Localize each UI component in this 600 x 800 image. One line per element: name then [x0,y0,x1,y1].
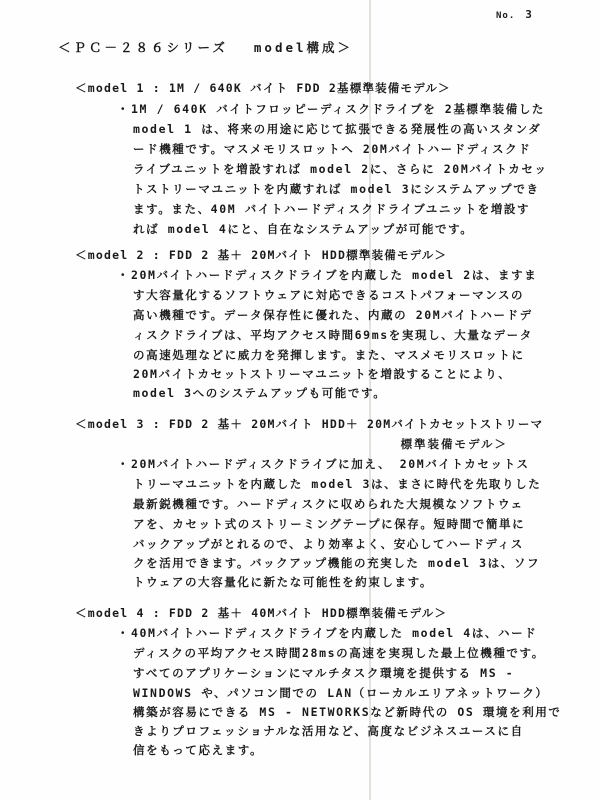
page-number: No.3 [496,8,533,21]
body-line: 信をもって応えます。 [133,742,263,758]
body-line: model 3へのシステムアップも可能です。 [133,385,386,401]
section-heading: ＜model 1 : 1M / 640K バイト FDD 2基標準装備モデル＞ [75,80,451,96]
page-number-label: No. [496,11,515,21]
section-heading: ＜model 2 : FDD 2 基＋ 20Mバイト HDD標準装備モデル＞ [75,247,447,263]
bullet-icon: ・ [117,101,131,117]
body-line: す大容量化するソフトウェアに対応できるコストパフォーマンスの [133,287,524,303]
body-line: トウェアの大容量化に新たな可能性を約束します。 [133,574,433,590]
body-line: ード機種です。マスメモリスロットへ 20Mバイトハードディスクド [133,141,531,157]
body-line: トストリーマユニットを内蔵すれば model 3にシステムアップでき [133,181,540,197]
body-line: 構築が容易にできる MS - NETWORKSなど新時代の OS 環境を利用で [133,704,562,720]
body-line: クを活用できます。バックアップ機能の充実した model 3は、ソフ [133,555,540,571]
body-line: ・40Mバイトハードディスクドライブを内蔵した model 4は、ハード [117,625,537,641]
body-line: WINDOWS や、パソコン間での LAN（ローカルエリアネットワーク） [133,685,549,701]
body-line: 20Mバイトカセットストリーマユニットを増設することにより、 [133,366,511,382]
body-line: 高い機種です。データ保存性に優れた、内蔵の 20Mバイトハードデ [133,307,533,323]
body-line: すべてのアプリケーションにマルチタスク環境を提供する MS - [133,665,514,681]
body-line: トリーマユニットを内蔵した model 3は、まさに時代を先取りした [133,476,541,492]
body-line: きよりプロフェッショナルな活用など、高度なビジネスユースに自 [133,723,524,739]
body-line: バックアップがとれるので、より効率よく、安心してハードディス [133,536,524,552]
body-line: ライブユニットを増設すれば model 2に、さらに 20Mバイトカセッ [133,161,548,177]
bullet-icon: ・ [117,625,131,641]
body-line: アを、カセット式のストリーミングテープに保存。短時間で簡単に [133,516,525,532]
bullet-icon: ・ [117,267,131,283]
body-line: ィスクドライブは、平均アクセス時間69msを実現し、大量なデータ [133,327,533,343]
body-line: ・1M / 640K バイトフロッピーディスクドライブを 2基標準装備した [117,101,545,117]
page-number-value: 3 [525,8,533,21]
section-heading: ＜model 3 : FDD 2 基＋ 20Mバイト HDD＋ 20Mバイトカセ… [75,416,543,432]
document-page: No.3 ＜ＰＣ－２８６シリーズ model構成＞ ＜model 1 : 1M … [0,0,600,800]
document-title: ＜ＰＣ－２８６シリーズ model構成＞ [58,38,353,56]
body-line: model 1 は、将来の用途に応じて拡張できる発展性の高いスタンダ [133,121,541,137]
body-line: れば model 4にと、自在なシステムアップが可能です。 [133,221,473,237]
bullet-icon: ・ [117,456,131,472]
body-line: ・20Mバイトハードディスクドライブを内蔵した model 2は、ますま [117,267,537,283]
section-heading: ＜model 4 : FDD 2 基＋ 40Mバイト HDD標準装備モデル＞ [75,605,447,621]
section-heading-continuation: 標準装備モデル＞ [401,436,508,452]
body-line: ます。また、40M バイトハードディスクドライブユニットを増設す [133,201,530,217]
body-line: ・20Mバイトハードディスクドライブに加え、 20Mバイトカセットス [117,456,530,472]
body-line: の高速処理などに威力を発揮します。また、マスメモリスロットに [133,347,525,363]
body-line: 最新鋭機種です。ハードディスクに収められた大規模なソフトウェ [133,496,524,512]
body-line: ディスクの平均アクセス時間28msの高速を実現した最上位機種です。 [133,645,545,661]
